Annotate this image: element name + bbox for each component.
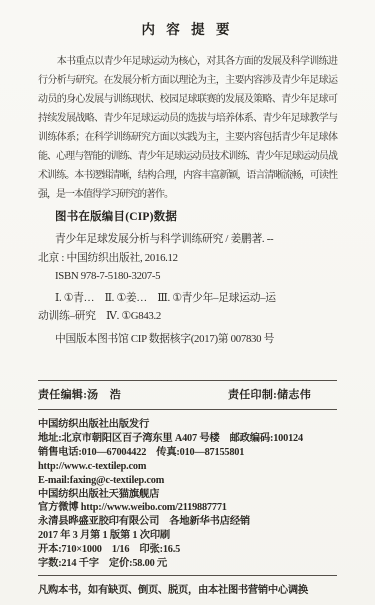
colophon-publisher: 中国纺织出版社出版发行 bbox=[38, 418, 337, 432]
cip-classification-line-1: Ⅰ. ①青… Ⅱ. ①姜… Ⅲ. ①青少年–足球运动–运 bbox=[38, 289, 337, 308]
cip-publisher-line: 北京 : 中国纺织出版社, 2016.12 bbox=[38, 249, 337, 268]
responsible-printer: 责任印制:储志伟 bbox=[228, 388, 311, 402]
colophon-printer-distributor: 永清县晔盛亚胶印有限公司 各地新华书店经销 bbox=[38, 515, 337, 529]
cip-header: 图书在版编目(CIP)数据 bbox=[38, 210, 354, 224]
summary-line: 本书重点以青少年足球运动为核心，对其各方面的发展及科学训练进 bbox=[38, 52, 337, 71]
cip-data: 青少年足球发展分析与科学训练研究 / 姜鹏著. -- 北京 : 中国纺织出版社,… bbox=[38, 230, 337, 348]
copyright-page: 内 容 提 要 本书重点以青少年足球运动为核心，对其各方面的发展及科学训练进 行… bbox=[0, 0, 375, 605]
colophon-tmall-store: 中国纺织出版社天猫旗舰店 bbox=[38, 488, 337, 502]
colophon-weibo: 官方微博 http://www.weibo.com/2119887771 bbox=[38, 501, 337, 515]
summary-paragraph: 本书重点以青少年足球运动为核心，对其各方面的发展及科学训练进 行分析与研究。在发… bbox=[38, 52, 337, 204]
summary-title: 内 容 提 要 bbox=[0, 0, 375, 38]
colophon-website: http://www.c-textilep.com bbox=[38, 460, 337, 474]
colophon-edition: 2017 年 3 月第 1 版第 1 次印刷 bbox=[38, 529, 337, 543]
colophon-email: E-mail:faxing@c-textilep.com bbox=[38, 474, 337, 488]
colophon-phone: 销售电话:010—67004422 传真:010—87155801 bbox=[38, 446, 337, 460]
summary-line: 强，是一本值得学习研究的著作。 bbox=[38, 185, 337, 204]
divider-top bbox=[38, 380, 337, 381]
responsible-editor: 责任编辑:汤 浩 bbox=[38, 388, 121, 402]
summary-line: 术训练。本书逻辑清晰，结构合理，内容丰富新颖，语言清晰流畅，可读性 bbox=[38, 166, 337, 185]
colophon-block: 中国纺织出版社出版发行 地址:北京市朝阳区百子湾东里 A407 号楼 邮政编码:… bbox=[38, 418, 337, 571]
divider-middle bbox=[38, 409, 337, 410]
staff-row: 责任编辑:汤 浩 责任印制:储志伟 bbox=[38, 388, 337, 402]
exchange-notice: 凡购本书，如有缺页、倒页、脱页，由本社图书营销中心调换 bbox=[38, 584, 337, 597]
summary-line: 行分析与研究。在发展分析方面以理论为主，主要内容涉及青少年足球运 bbox=[38, 71, 337, 90]
summary-line: 持续发展战略、青少年足球运动员的选拔与培养体系、青少年足球教学与 bbox=[38, 109, 337, 128]
summary-line: 训练体系；在科学训练研究方面以实践为主，主要内容包括青少年足球体 bbox=[38, 128, 337, 147]
cip-record-number: 中国版本图书馆 CIP 数据核字(2017)第 007830 号 bbox=[38, 330, 337, 349]
summary-line: 能、心理与智能的训练、青少年足球运动员技术训练、青少年足球运动员战 bbox=[38, 147, 337, 166]
cip-classification-line-2: 动训练–研究 Ⅳ. ①G843.2 bbox=[38, 307, 337, 326]
cip-isbn: ISBN 978-7-5180-3207-5 bbox=[38, 267, 337, 286]
summary-line: 动员的身心发展与训练现状、校园足球联赛的发展及策略、青少年足球可 bbox=[38, 90, 337, 109]
colophon-price: 字数:214 千字 定价:58.00 元 bbox=[38, 557, 337, 571]
divider-bottom bbox=[38, 575, 337, 576]
colophon-address: 地址:北京市朝阳区百子湾东里 A407 号楼 邮政编码:100124 bbox=[38, 432, 337, 446]
cip-title-line: 青少年足球发展分析与科学训练研究 / 姜鹏著. -- bbox=[38, 230, 337, 249]
colophon-format: 开本:710×1000 1/16 印张:16.5 bbox=[38, 543, 337, 557]
